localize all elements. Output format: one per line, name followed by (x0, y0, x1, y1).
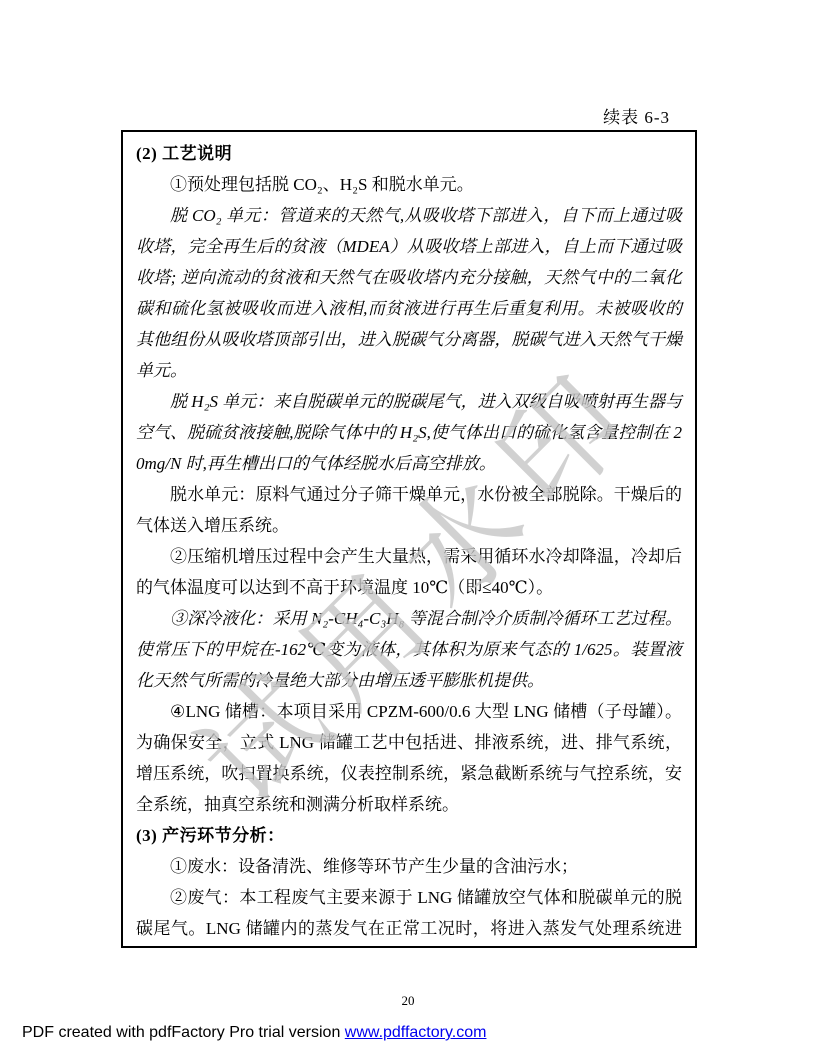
continued-table-label: 续表 6-3 (603, 103, 670, 128)
pdf-creator-footer: PDF created with pdfFactory Pro trial ve… (22, 1024, 486, 1042)
table-cell: (2) 工艺说明 ①预处理包括脱 CO₂、H₂S 和脱水单元。 脱 CO₂ 单元… (121, 130, 697, 948)
paragraph-co2-removal-unit: 脱 CO₂ 单元：管道来的天然气,从吸收塔下部进入，自下而上通过吸收塔，完全再生… (136, 200, 682, 386)
page-number: 20 (0, 993, 816, 1009)
paragraph-cryogenic-liquefaction: ③深冷液化：采用 N₂-CH₄-C₃H₈ 等混合制冷介质制冷循环工艺过程。使常压… (136, 603, 682, 696)
pdffactory-link[interactable]: www.pdffactory.com (345, 1024, 487, 1041)
paragraph-dehydration-unit: 脱水单元：原料气通过分子筛干燥单元，水份被全部脱除。干燥后的气体送入增压系统。 (136, 479, 682, 541)
pdf-footer-text: PDF created with pdfFactory Pro trial ve… (22, 1024, 345, 1041)
paragraph-compressor-cooling: ②压缩机增压过程中会产生大量热，需采用循环水冷却降温，冷却后的气体温度可以达到不… (136, 541, 682, 603)
section-heading-process-description: (2) 工艺说明 (136, 138, 682, 169)
paragraph-wastewater: ①废水：设备清洗、维修等环节产生少量的含油污水； (136, 851, 682, 882)
paragraph-h2s-removal-unit: 脱 H₂S 单元：来自脱碳单元的脱碳尾气，进入双级自吸喷射再生器与空气、脱硫贫液… (136, 386, 682, 479)
paragraph-pretreatment: ①预处理包括脱 CO₂、H₂S 和脱水单元。 (136, 169, 682, 200)
paragraph-lng-storage-tank: ④LNG 储槽：本项目采用 CPZM-600/0.6 大型 LNG 储槽（子母罐… (136, 696, 682, 820)
section-heading-pollution-analysis: (3) 产污环节分析： (136, 820, 682, 851)
paragraph-waste-gas: ②废气：本工程废气主要来源于 LNG 储罐放空气体和脱碳单元的脱碳尾气。LNG … (136, 882, 682, 948)
document-page: 续表 6-3 (2) 工艺说明 ①预处理包括脱 CO₂、H₂S 和脱水单元。 脱… (0, 0, 816, 1056)
